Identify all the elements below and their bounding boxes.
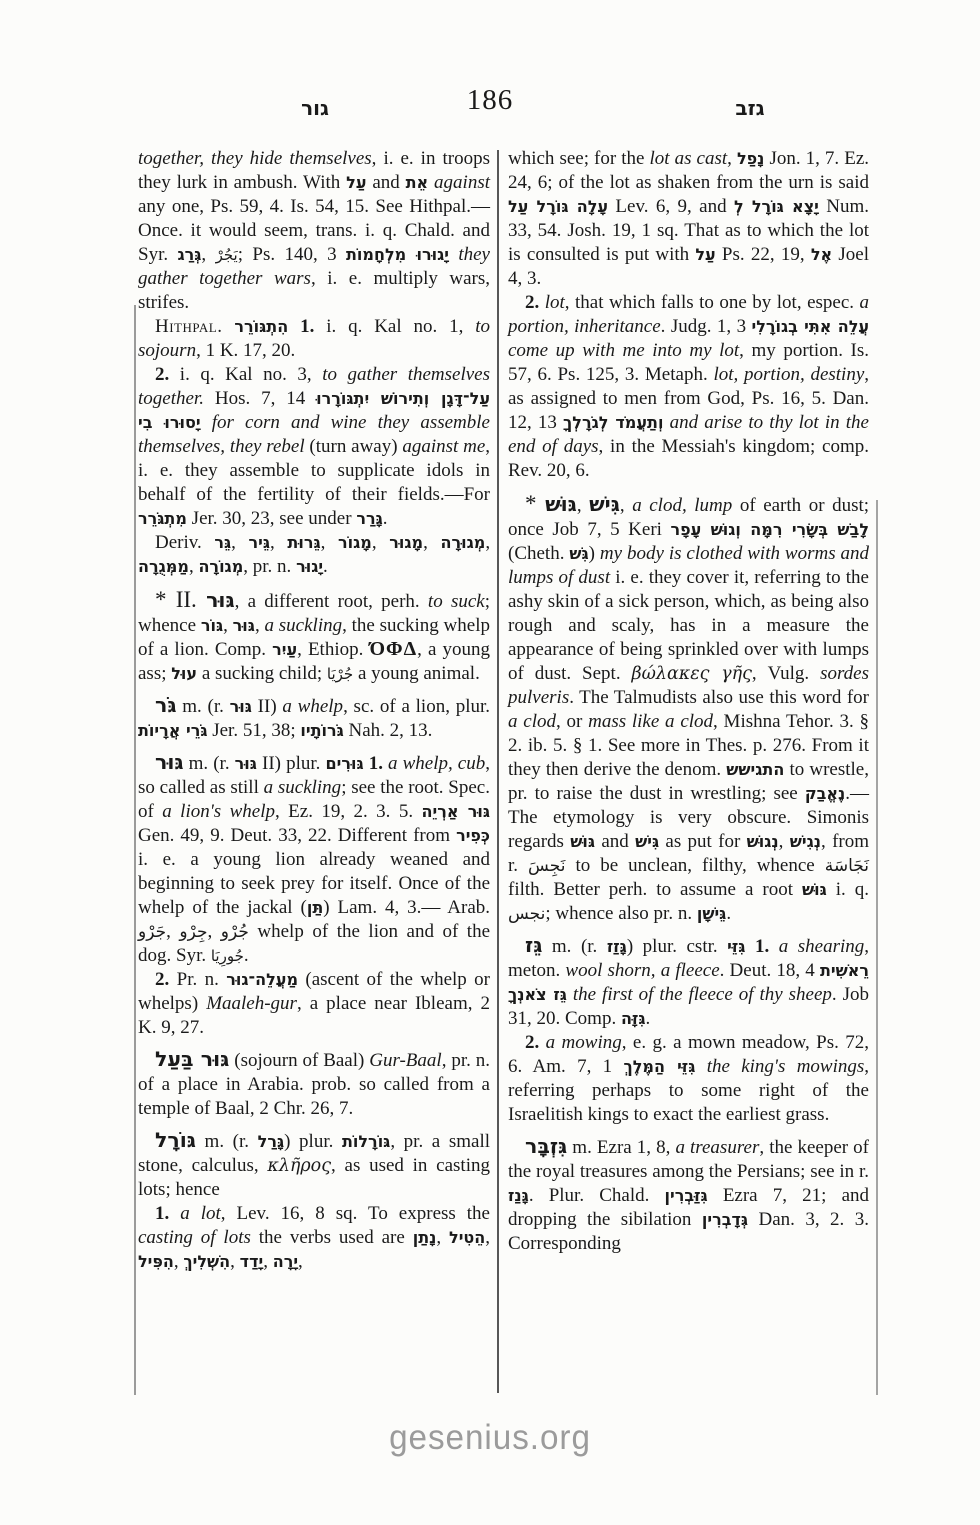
text-run: , Lev. 16, 8 sq. To express the	[221, 1203, 490, 1224]
bold-number: 2.	[155, 969, 169, 990]
bold-number: 2.	[525, 292, 539, 313]
text-run: Deriv.	[155, 532, 214, 553]
italic-run: a treasurer	[675, 1137, 759, 1158]
text-run: .	[323, 556, 328, 577]
italic-run: lot, portion, destiny	[713, 364, 864, 385]
italic-run: a mowing	[546, 1032, 622, 1053]
text-run: Gen. 49, 9. Deut. 33, 22. Different from	[138, 825, 456, 846]
hebrew-word: גֹּרֵי אֲרָיוֹת	[138, 721, 207, 740]
hebrew-word: גָּזַז	[607, 937, 627, 956]
paragraph: 2. lot, that which falls to one by lot, …	[508, 291, 869, 483]
text-run: .	[646, 1008, 651, 1029]
hebrew-word: יָצָא גּוֹרָל לְ	[734, 197, 819, 216]
smallcaps-label: Hithpal.	[155, 316, 223, 337]
hebrew-word: מַמְּגֻרָה	[138, 557, 189, 576]
text-run: Lev. 6, 9, and	[608, 196, 734, 217]
hebrew-word: גּוּר	[233, 616, 255, 635]
scanned-lexicon-page: גור 186 גזב together, they hide themselv…	[0, 0, 980, 1525]
hebrew-word: גּוֹר	[201, 616, 223, 635]
hebrew-word: גּוּר	[235, 754, 257, 773]
running-head-right: גזב	[690, 96, 810, 120]
text-run: ,	[189, 556, 199, 577]
hebrew-word: גּוּשׁ	[570, 832, 595, 851]
text-run: ,	[485, 532, 490, 553]
text-run: Ps. 22, 19,	[716, 244, 811, 265]
page-number: 186	[380, 84, 600, 117]
page-edge-line-right	[876, 500, 878, 1395]
text-run: II) plur.	[257, 753, 326, 774]
hebrew-word: נְגוּשׁ	[747, 832, 779, 851]
hebrew-word: יָגוּר	[296, 557, 323, 576]
text-run: m. Ezra 1, 8,	[567, 1137, 675, 1158]
syriac-word: جُرْيَا	[327, 665, 353, 683]
italic-run: casting of lots	[138, 1227, 251, 1248]
hebrew-word: עֲלֵה אִתִּי בְגוֹרָלִי	[752, 317, 870, 336]
italic-run: come up with me into my lot	[508, 340, 739, 361]
hebrew-word: הִפִּיל	[138, 1252, 174, 1271]
bold-number: 1.	[155, 1203, 169, 1224]
hebrew-word: וְתַעֲמֹד לְגֹרָלְךָ	[563, 413, 663, 432]
text-run: ) plur. cstr.	[627, 936, 727, 957]
arabic-word: جِرْو	[179, 922, 207, 942]
text-run: and	[595, 831, 635, 852]
text-run: ,	[577, 495, 589, 516]
italic-run: a suckling	[264, 615, 342, 636]
hebrew-word: מְגוּרָה	[440, 533, 485, 552]
text-run	[745, 936, 755, 957]
text-run: ) Lam. 4, 3.— Arab.	[323, 897, 490, 918]
hebrew-word: נָפַל	[737, 149, 764, 168]
hebrew-word: כְּפִיר	[456, 826, 490, 845]
text-run: filth. Better perh. to assume a root	[508, 879, 802, 900]
text-run: ,	[263, 1251, 273, 1272]
page-edge-line-left	[134, 305, 136, 1395]
paragraph: גּוּר בַּעַל (sojourn of Baal) Gur-Baal,…	[138, 1049, 490, 1121]
italic-run: lot as cast	[650, 148, 728, 169]
greek-word: κλῆρος	[267, 1156, 331, 1176]
text-run: a sucking child;	[197, 663, 327, 684]
bold-number: 1.	[755, 936, 769, 957]
text-run: and	[366, 172, 405, 193]
text-run: which see; for the	[508, 148, 650, 169]
text-run: . The Talmudists also use this word for	[569, 687, 869, 708]
paragraph: 2. Pr. n. מַעֲלֵה־גוּר (ascent of the wh…	[138, 968, 490, 1040]
hebrew-word: גֵּר	[214, 533, 231, 552]
text-run: m. (r.	[177, 696, 230, 717]
text-run: ,	[372, 532, 389, 553]
text-run: m. (r.	[184, 753, 235, 774]
paragraph: 1. a lot, Lev. 16, 8 sq. To express the …	[138, 1202, 490, 1274]
hebrew-word: גּוֹרָלוֹת	[342, 1132, 390, 1151]
text-run: ,	[231, 532, 248, 553]
paragraph: together, they hide themselves, i. e. in…	[138, 147, 490, 315]
hebrew-headword: גֵּז	[525, 933, 542, 957]
italic-run: a clod, lump	[632, 495, 732, 516]
text-run: .	[244, 945, 249, 966]
text-run: i. q. Kal no. 1,	[314, 316, 475, 337]
hebrew-word: גּוּר אַרְיֵה	[422, 802, 491, 821]
text-run	[288, 316, 300, 337]
hebrew-word: גִּזַּבְרִין	[665, 1186, 708, 1205]
paragraph: Hithpal. הִתְגּוֹרֵר 1. i. q. Kal no. 1,…	[138, 315, 490, 363]
hebrew-headword: גִּישׁ	[589, 492, 620, 516]
text-run: m. (r.	[542, 936, 606, 957]
hebrew-word: גָּרַר	[356, 509, 382, 528]
text-run: . Deut. 18, 4	[720, 960, 820, 981]
text-run	[769, 936, 779, 957]
text-run: Jer. 51, 38;	[207, 720, 300, 741]
hebrew-word: יָגוּרוּ מִלְחָמוֹת	[346, 245, 449, 264]
text-run: , or	[556, 711, 588, 732]
text-run: ,	[230, 1251, 240, 1272]
paragraph: Deriv. גֵּר, גֵּיר, גֵּרוּת, מָגוֹר, מָג…	[138, 531, 490, 579]
hebrew-word: נֶאֱבַק	[805, 784, 845, 803]
hebrew-word: עַיִר	[272, 640, 297, 659]
text-run: , Ethiop.	[297, 639, 369, 660]
text-run: Pr. n.	[169, 969, 226, 990]
hebrew-word: גִּזֵּי הַמֶּלֶךְ	[623, 1057, 695, 1076]
hebrew-headword: גּוּשׁ	[545, 492, 577, 516]
text-run: m. (r.	[196, 1131, 258, 1152]
hebrew-word: גִּשׁ	[569, 544, 588, 563]
italic-run: together, they hide themselves	[138, 148, 372, 169]
paragraph: גּוֹרָל m. (r. גָּרַל) plur. גּוֹרָלוֹת,…	[138, 1130, 490, 1202]
text-run: ,	[166, 921, 179, 942]
hebrew-word: גֵּישָׁן	[697, 904, 726, 923]
hebrew-word: גּוּרִים	[325, 754, 363, 773]
hebrew-word: תַּן	[307, 898, 323, 917]
hebrew-word: עַל	[346, 173, 366, 192]
text-run: , that which falls to one by lot, espec.	[565, 292, 860, 313]
text-run: ,	[298, 1251, 303, 1272]
hebrew-word: מָגוּר	[389, 533, 423, 552]
hebrew-word: גָּרַל	[258, 1132, 284, 1151]
text-run: Hos. 7, 14	[204, 388, 316, 409]
italic-run: the first of the fleece of thy sheep	[567, 984, 832, 1005]
hebrew-word: גּוּשׁ	[802, 880, 827, 899]
hebrew-word: הִשְׁלִיךְ	[183, 1252, 230, 1271]
hebrew-word: מְגוֹרָה	[198, 557, 243, 576]
hebrew-word: הִתְגּוֹרֵר	[234, 317, 288, 336]
hebrew-word: נְגִישׁ	[790, 832, 821, 851]
text-run: , Ez. 19, 2. 3. 5.	[275, 801, 422, 822]
arabic-word: نجس	[508, 904, 545, 924]
paragraph: גּוּר m. (r. גּוּר II) plur. גּוּרִים 1.…	[138, 752, 490, 968]
text-run	[223, 316, 235, 337]
text-run: , sc. of a lion, plur.	[343, 696, 490, 717]
text-run: as put for	[659, 831, 747, 852]
paragraph: which see; for the lot as cast, נָפַל Jo…	[508, 147, 869, 291]
hebrew-word: גּוּר	[230, 697, 252, 716]
text-run	[169, 1203, 180, 1224]
paragraph: גִּזְבָּר m. Ezra 1, 8, a treasurer, the…	[508, 1136, 869, 1256]
hebrew-word: גִּזֵּי	[727, 937, 745, 956]
hebrew-word: גֵּיר	[249, 533, 271, 552]
hebrew-headword: גּוּר בַּעַל	[155, 1047, 229, 1071]
text-run: Jer. 30, 23, see under	[187, 508, 356, 529]
italic-run: a whelp, cub	[388, 753, 485, 774]
italic-run: wool shorn, a fleece	[565, 960, 719, 981]
arabic-word: نَجَاسَة	[825, 856, 869, 876]
italic-run: a lot	[180, 1203, 221, 1224]
text-run: ,	[779, 831, 790, 852]
text-run: (sojourn of Baal)	[229, 1050, 369, 1071]
text-run: (turn away)	[305, 436, 403, 457]
italic-run: Maaleh-gur	[206, 993, 297, 1014]
paragraph: 2. i. q. Kal no. 3, to gather themselves…	[138, 363, 490, 531]
hebrew-word: גֵּרוּת	[287, 533, 320, 552]
hebrew-word: גְּרַג	[177, 245, 201, 264]
text-run: , a different root, perh.	[235, 591, 428, 612]
italic-run: a lion's whelp	[162, 801, 275, 822]
text-run: the verbs used are	[251, 1227, 413, 1248]
hebrew-headword: גִּזְבָּר	[525, 1134, 567, 1158]
hebrew-word: גִּזָּה	[621, 1009, 646, 1028]
arabic-word: نَجِسَ	[528, 856, 565, 876]
paragraph: גֹּר m. (r. גּוּר II) a whelp, sc. of a …	[138, 695, 490, 743]
text-run: to be unclean, filthy, whence	[565, 855, 824, 876]
text-run: )	[589, 543, 600, 564]
text-run: i. q. Kal no. 3,	[169, 364, 322, 385]
hebrew-headword: גֹּר	[155, 693, 177, 717]
bold-number: 1.	[369, 753, 383, 774]
italic-run: Gur-Baal	[369, 1050, 441, 1071]
hebrew-word: יָרָה	[273, 1252, 298, 1271]
hebrew-word: מַעֲלֵה־גוּר	[226, 970, 298, 989]
text-run: , 1 K. 17, 20.	[196, 340, 295, 361]
hebrew-word: גֹּרוֹתָיו	[300, 721, 343, 740]
hebrew-headword: גּוּר	[155, 750, 184, 774]
text-run: ,	[727, 148, 737, 169]
text-run: ,	[620, 495, 632, 516]
text-run: ,	[321, 532, 338, 553]
hebrew-word: עָלָה גּוֹרָל עַל	[508, 197, 608, 216]
arabic-word: جَرْو	[138, 922, 166, 942]
hebrew-word: גָּנַז	[508, 1186, 529, 1205]
text-run: ; Ps. 140, 3	[238, 244, 346, 265]
running-head-left: גור	[255, 96, 375, 120]
hebrew-word: עַל	[695, 245, 715, 264]
text-run: ,	[485, 1227, 490, 1248]
column-divider-line	[497, 150, 499, 1393]
italic-run: a clod	[508, 711, 556, 732]
text-run: a young animal.	[353, 663, 480, 684]
arabic-word: جُرْو	[221, 922, 249, 942]
text-run: Nah. 2, 13.	[344, 720, 433, 741]
text-run: ,	[174, 1251, 184, 1272]
text-run: ; whence also pr. n.	[545, 903, 696, 924]
ethiopic-word: ΌΦΔ	[369, 638, 417, 660]
italic-run: against	[428, 172, 490, 193]
hebrew-word: אֶל	[811, 245, 832, 264]
text-run: . Plur. Chald.	[529, 1185, 665, 1206]
text-run: ,	[436, 1227, 449, 1248]
hebrew-headword: גּוּר	[206, 588, 235, 612]
paragraph: 2. a mowing, e. g. a mown meadow, Ps. 72…	[508, 1031, 869, 1127]
text-run: , Vulg.	[752, 663, 820, 684]
text-run: .	[383, 508, 388, 529]
hebrew-headword: גּוֹרָל	[155, 1128, 196, 1152]
bold-number: 1.	[300, 316, 314, 337]
paragraph: גֵּז m. (r. גָּזַז) plur. cstr. גִּזֵּי …	[508, 935, 869, 1031]
hebrew-word: מִתְגֹּרֵר	[138, 509, 187, 528]
text-run: ,	[201, 244, 215, 265]
column-left: together, they hide themselves, i. e. in…	[138, 147, 490, 1274]
hebrew-word: מָגוֹר	[338, 533, 372, 552]
hebrew-word: גְּדָבְרִין	[702, 1210, 748, 1229]
text-run: ,	[208, 921, 221, 942]
text-run: ) plur.	[284, 1131, 342, 1152]
italic-run: lot	[545, 292, 565, 313]
entry-marker: * II.	[155, 587, 206, 612]
text-run: II)	[252, 696, 282, 717]
italic-run: against me	[402, 436, 485, 457]
bold-number: 2.	[525, 1032, 539, 1053]
column-right: which see; for the lot as cast, נָפַל Jo…	[508, 147, 869, 1256]
text-run: . Judg. 1, 3	[661, 316, 752, 337]
text-run: (Cheth.	[508, 543, 569, 564]
italic-run: a whelp	[282, 696, 343, 717]
hebrew-word: נָתַן	[413, 1228, 437, 1247]
paragraph: * גּוּשׁ, גִּישׁ, a clod, lump of earth …	[508, 492, 869, 926]
paragraph: * II. גּוּר, a different root, perh. to …	[138, 588, 490, 686]
greek-word: βώλακες γῆς	[631, 664, 751, 684]
hebrew-word: התגישש	[726, 760, 784, 779]
text-run: i. q.	[827, 879, 869, 900]
text-run: .	[726, 903, 731, 924]
italic-run: the king's mowings	[695, 1056, 864, 1077]
hebrew-word: לָבַשׁ בְּשָׂרִי רִמָּה וְגוּשׁ עָפָר	[670, 520, 869, 539]
italic-run: a shearing	[779, 936, 865, 957]
text-run: , pr. n.	[243, 556, 296, 577]
hebrew-word: הֵטִיל	[449, 1228, 485, 1247]
italic-run: to suck	[428, 591, 485, 612]
hebrew-word: עוּל	[171, 664, 197, 683]
bold-number: 2.	[155, 364, 169, 385]
entry-marker: *	[525, 491, 545, 516]
hebrew-word: אֵת	[406, 173, 429, 192]
syriac-word: يَجُرْ	[216, 246, 238, 264]
text-run: ,	[270, 532, 287, 553]
italic-run: a suckling	[264, 777, 342, 798]
italic-run: mass like a clod	[588, 711, 713, 732]
text-run: ,	[223, 615, 233, 636]
syriac-word: جُورِيَا	[211, 947, 244, 965]
hebrew-word: יָדַד	[240, 1252, 264, 1271]
text-run: ,	[423, 532, 440, 553]
watermark: gesenius.org	[25, 1418, 956, 1458]
hebrew-word: גִּישׁ	[635, 832, 659, 851]
